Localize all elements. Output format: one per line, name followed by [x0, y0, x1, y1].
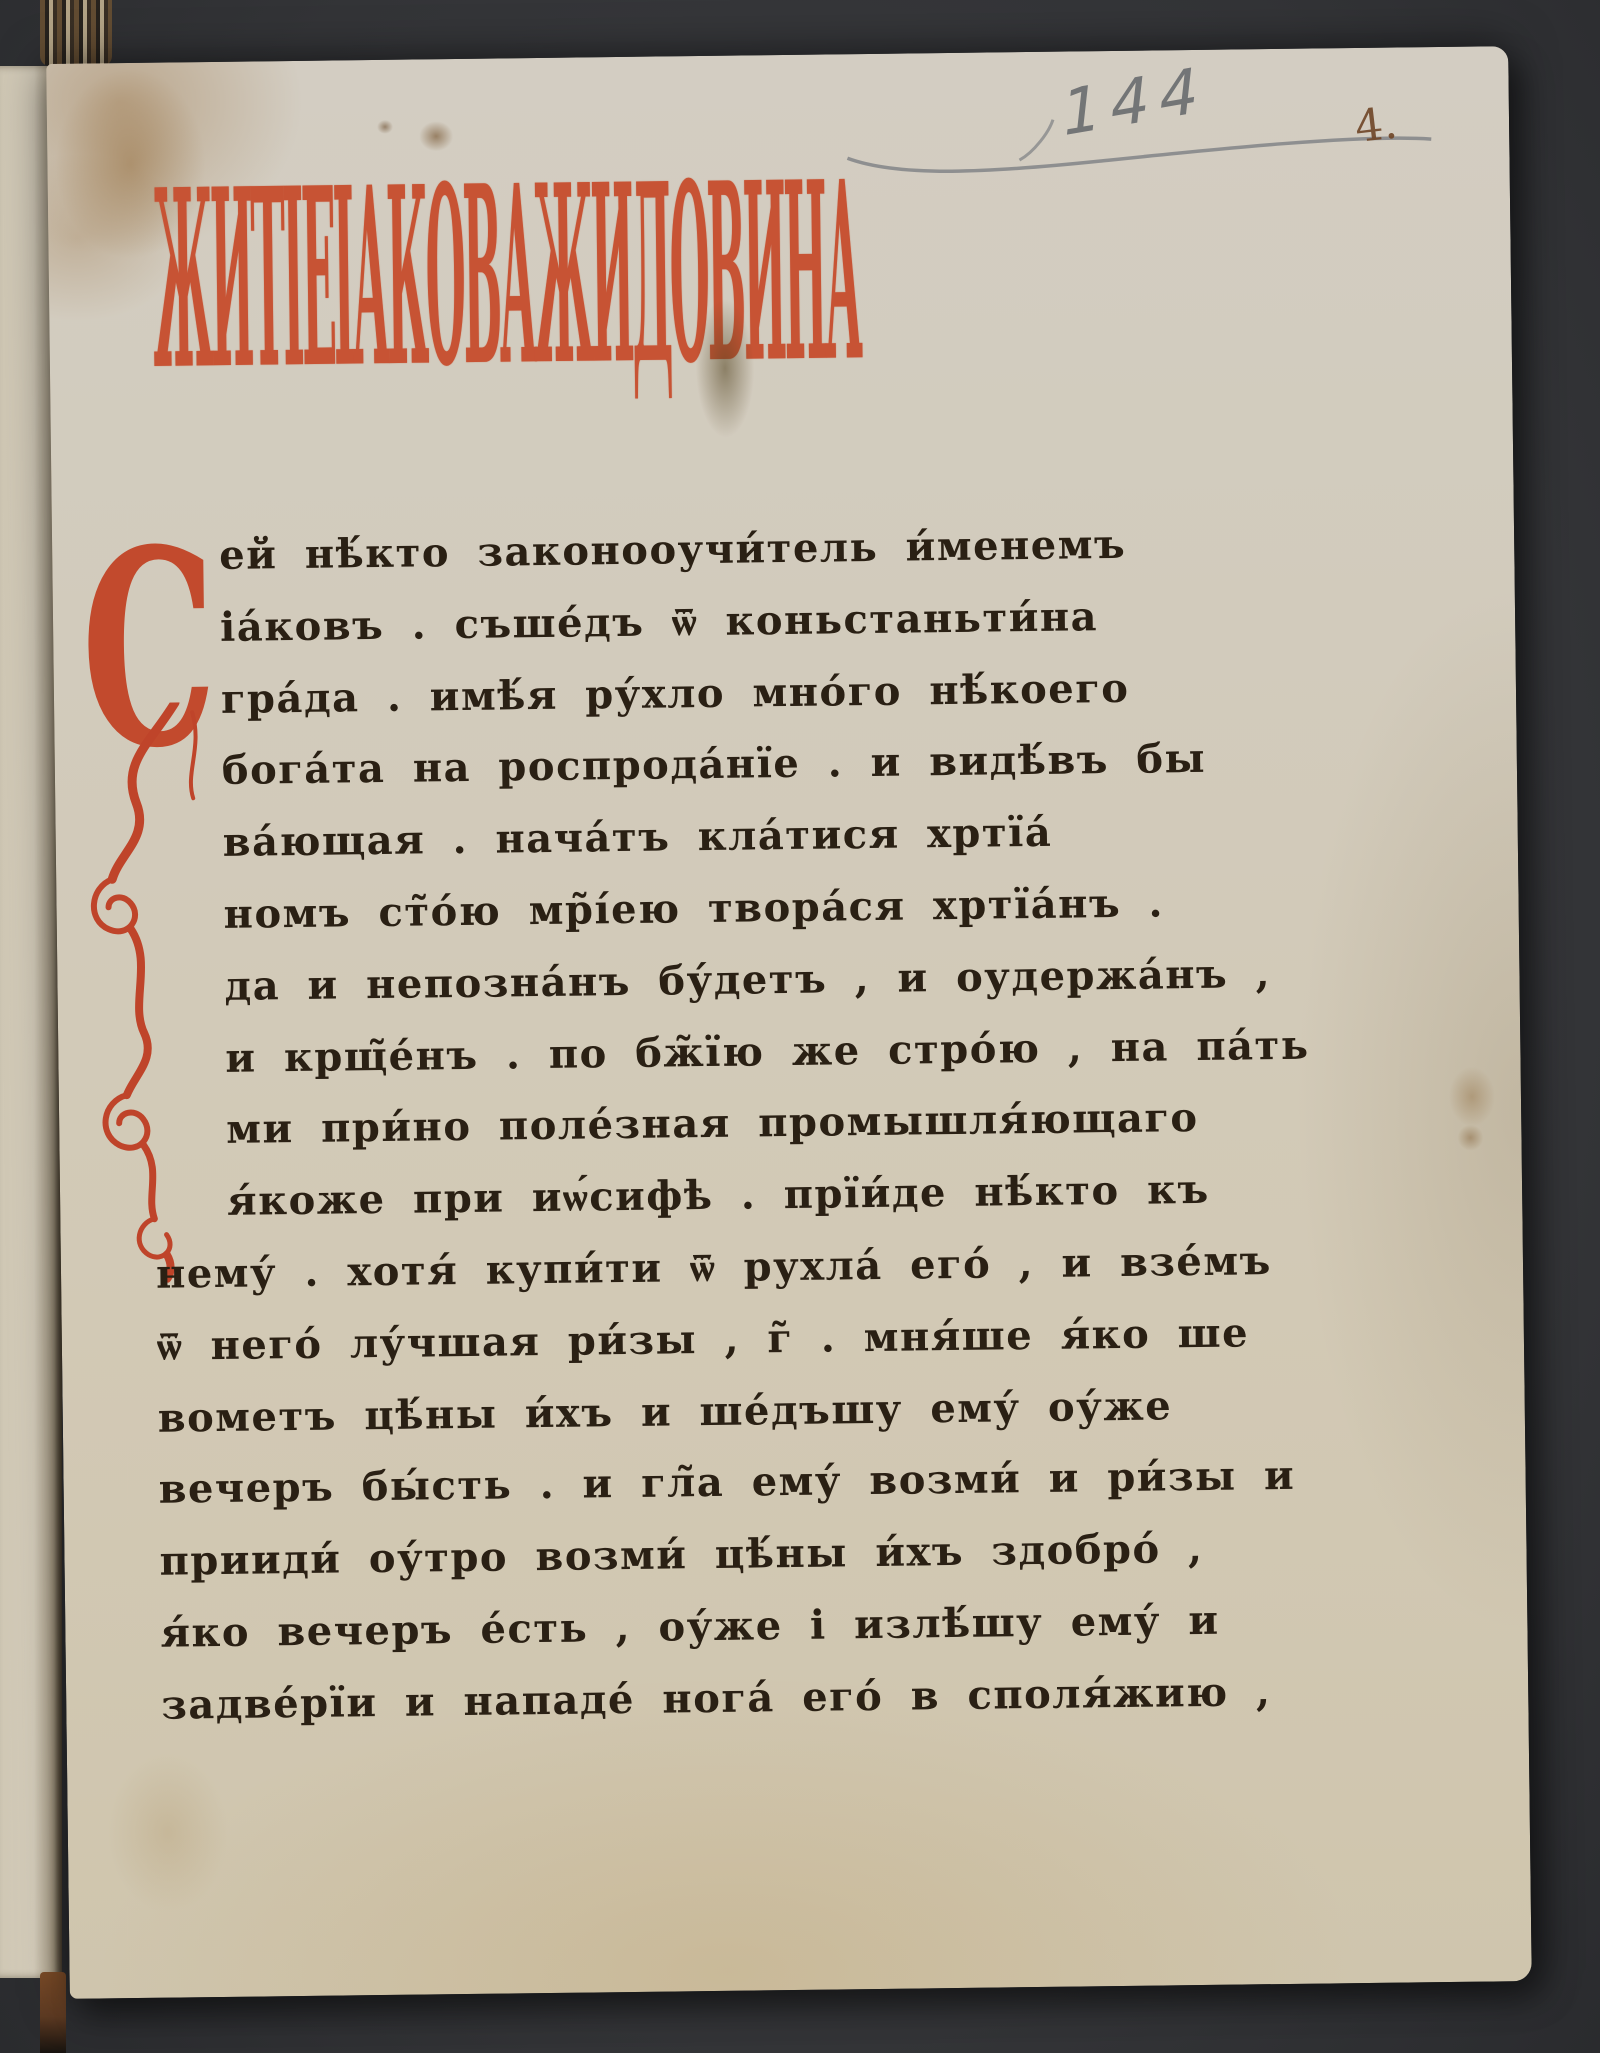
text-line: іа́ковъ . съше́дъ ѿ коньстаньти́на [220, 593, 1098, 651]
text-line: я́ко вечеръ е́сть , оу́же і излѣ́шу ему́… [160, 1597, 1220, 1657]
text-line: гра́да . имѣ́я ру́хло мно́го нѣ́коего [221, 664, 1130, 722]
text-line: бога́та на роспрода́нїе . и видѣ́въ бы [222, 735, 1207, 794]
text-line: нему́ . хотя́ купи́ти ѿ рухла́ его́ , и … [156, 1237, 1272, 1298]
text-line: вечеръ бы́сть . и гл̃а ему́ возми́ и ри́… [158, 1452, 1295, 1513]
binding-headband [40, 0, 112, 66]
text-line: номъ ст̃о́ю мр̃і́ею твора́ся хртїа́нъ . [223, 879, 1164, 937]
manuscript-page: 144 4. ЖИТІЕ ІАКОВА ЖИДОВИНА С ей нѣ́кто [46, 46, 1532, 1999]
photo-background: 144 4. ЖИТІЕ ІАКОВА ЖИДОВИНА С ей нѣ́кто [0, 0, 1600, 2053]
text-line: прииди́ оу́тро возми́ цѣ́ны и́хъ здобро́… [159, 1525, 1203, 1585]
text-line: задве́рїи и нападе́ нога́ его́ в споля́ж… [161, 1668, 1272, 1729]
text-line: я́коже при иѡ́сифѣ . прїи́де нѣ́кто къ [227, 1166, 1210, 1225]
body-text: ей нѣ́кто законооучи́тель и́менемъіа́ков… [46, 46, 1532, 1999]
binding-cord [40, 1972, 66, 2053]
text-line: да и непозна́нъ бу́детъ , и оудержа́нъ , [224, 950, 1271, 1010]
text-line: ей нѣ́кто законооучи́тель и́менемъ [219, 521, 1126, 579]
text-line: ва́ющая . нача́тъ кла́тися хртїа́ [222, 809, 1052, 866]
text-line: ѿ него́ лу́чшая ри́зы , г̃ . мня́ше я́ко… [157, 1309, 1250, 1369]
text-line: ми при́но поле́зная промышля́ющаго [226, 1094, 1199, 1153]
text-line: вометъ цѣ́ны и́хъ и ше́дъшу ему́ оу́же [157, 1382, 1172, 1441]
text-line: и крщ̃е́нъ . по бж̃їю же стро́ю , на па́… [225, 1021, 1310, 1081]
